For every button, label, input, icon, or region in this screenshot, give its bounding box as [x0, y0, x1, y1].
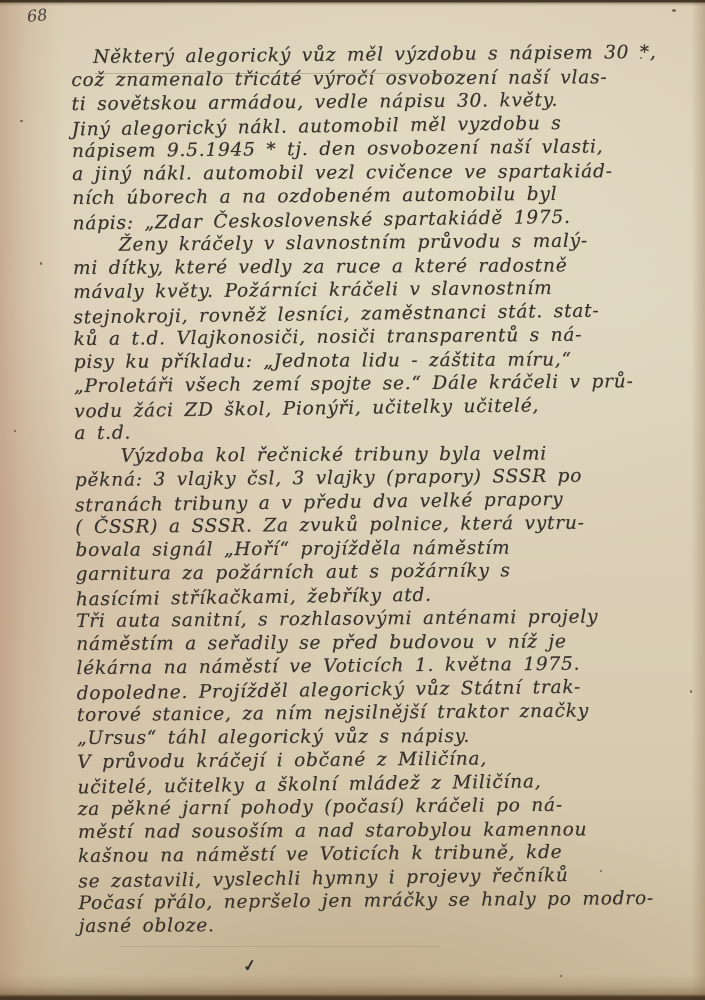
handwritten-line: náměstím a seřadily se před budovou v ní…: [76, 629, 702, 656]
pencil-guideline: [120, 946, 440, 947]
page-bottom-edge: [0, 974, 705, 1000]
ink-speck: [640, 57, 642, 59]
handwritten-line: „Ursus“ táhl alegorický vůz s nápisy.: [77, 723, 703, 750]
ink-speck: [560, 975, 562, 977]
handwritten-line: jasné obloze.: [79, 911, 705, 938]
handwritten-line: mi dítky, které vedly za ruce a které ra…: [73, 253, 699, 280]
handwritten-line: Výzdoba kol řečnické tribuny byla velmi: [75, 441, 701, 468]
ink-speck: [690, 690, 692, 693]
page-top-edge: [0, 0, 705, 6]
handwritten-line: a jiný nákl. automobil vezl cvičence ve …: [72, 159, 698, 186]
ink-speck: [20, 120, 23, 122]
handwritten-line: městí nad sousoším a nad starobylou kame…: [78, 817, 704, 844]
ink-speck: [672, 9, 676, 12]
checkmark: ✓: [242, 955, 258, 976]
handwritten-line: bovala signál „Hoří“ projížděla náměstím: [75, 535, 701, 562]
page-left-edge-shading: [0, 0, 64, 1000]
ink-speck: [40, 262, 42, 265]
handwritten-line: což znamenalo třicáté výročí osvobození …: [71, 65, 697, 92]
handwritten-line: pisy ku příkladu: „Jednota lidu - záštit…: [74, 347, 700, 374]
handwritten-text-block: Některý alegorický vůz měl výzdobu s náp…: [71, 41, 705, 939]
chronicle-page: 68 Některý alegorický vůz měl výzdobu s …: [0, 0, 705, 1000]
ink-speck: [14, 430, 16, 432]
ink-speck: [600, 870, 602, 872]
page-number: 68: [26, 5, 48, 26]
